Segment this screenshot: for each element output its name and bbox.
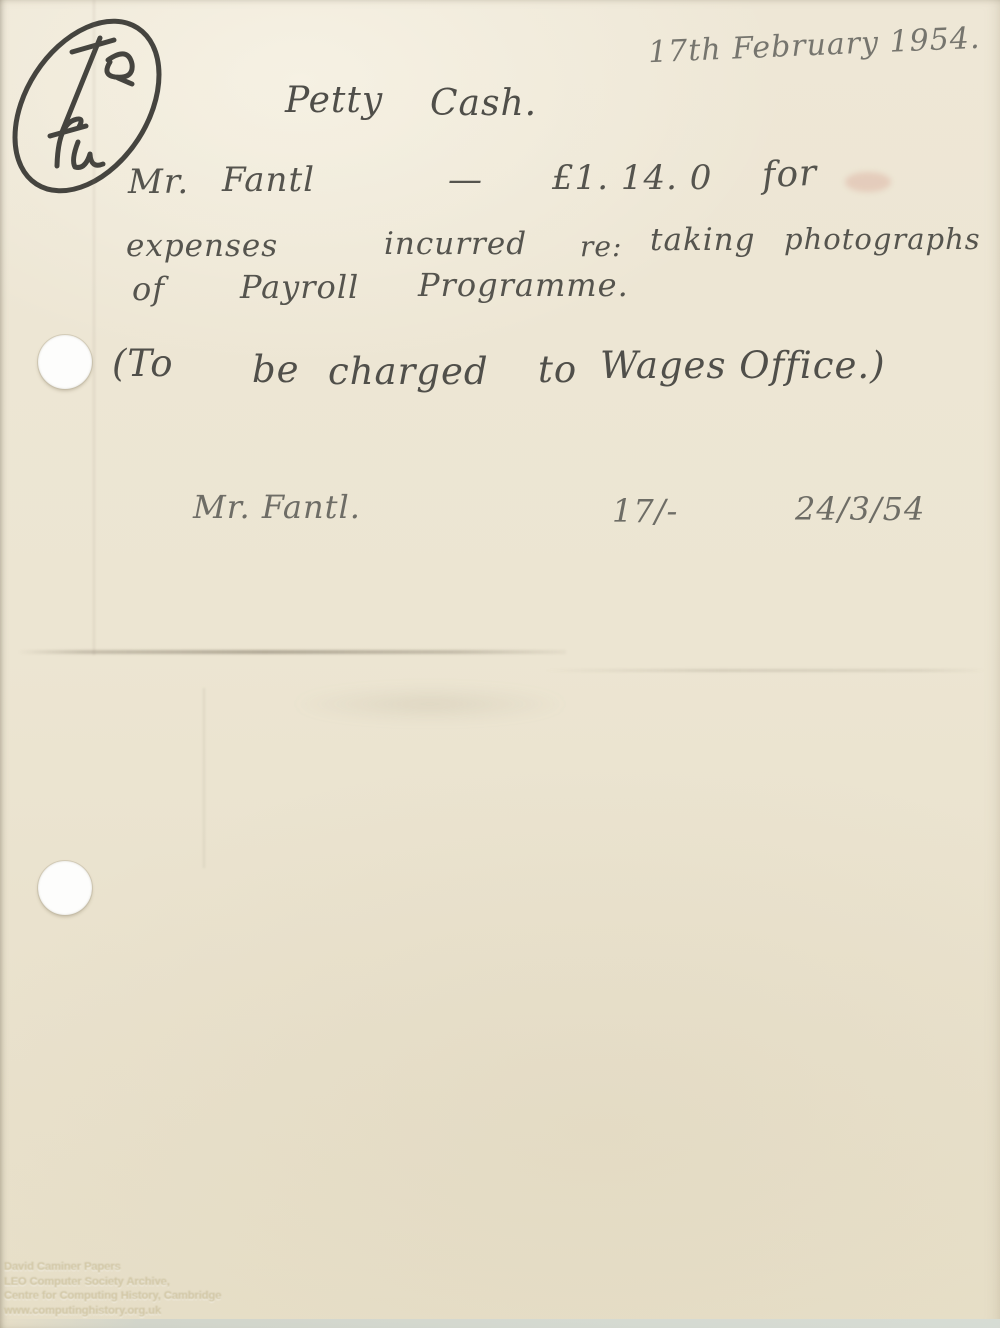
- body-word: Programme.: [418, 266, 629, 304]
- settlement-date: 24/3/54: [795, 490, 925, 528]
- scanned-note-page: 17th February 1954. Petty Cash. Mr. Fant…: [0, 0, 1000, 1328]
- watermark-line: David Caminer Papers: [4, 1260, 221, 1275]
- watermark-line: LEO Computer Society Archive,: [4, 1275, 221, 1290]
- note-date: 17th February 1954.: [647, 21, 981, 70]
- charge-note-word: to: [538, 348, 577, 391]
- note-title-word: Cash.: [430, 83, 537, 124]
- settlement-name: Mr. Fantl.: [193, 488, 361, 526]
- vertical-crease-lower: [203, 688, 205, 868]
- dash: —: [448, 160, 483, 200]
- fold-crease-left: [18, 650, 566, 654]
- amount-pounds: £1. 14. 0: [552, 158, 712, 198]
- punch-hole-top: [38, 335, 92, 389]
- red-ink-smudge: [845, 172, 891, 192]
- fold-crease-right: [545, 669, 985, 672]
- body-word: incurred: [384, 226, 527, 262]
- payee-name-prefix: Mr.: [128, 162, 189, 202]
- archive-watermark: David Caminer Papers LEO Computer Societ…: [4, 1260, 221, 1318]
- body-word: re:: [580, 230, 622, 263]
- word-for: for: [761, 153, 818, 197]
- body-word: expenses: [126, 228, 278, 264]
- body-word: taking: [650, 222, 755, 258]
- charge-note-word: be: [252, 348, 300, 391]
- watermark-line: Centre for Computing History, Cambridge: [4, 1289, 221, 1304]
- settlement-amount: 17/-: [612, 492, 678, 530]
- charge-note-word: (To: [112, 342, 174, 385]
- watermark-line: www.computinghistory.org.uk: [4, 1304, 221, 1319]
- body-word: photographs: [784, 222, 981, 256]
- scan-edge-strip: [0, 1319, 1000, 1328]
- fold-smudge: [290, 686, 570, 722]
- charge-note-word: Wages Office.): [600, 344, 886, 387]
- body-word: Payroll: [240, 268, 359, 306]
- payee-name: Fantl: [222, 160, 315, 200]
- punch-hole-bottom: [38, 861, 92, 915]
- charge-note-word: charged: [328, 350, 489, 393]
- body-word: of: [132, 270, 165, 308]
- note-title-word: Petty: [285, 80, 383, 121]
